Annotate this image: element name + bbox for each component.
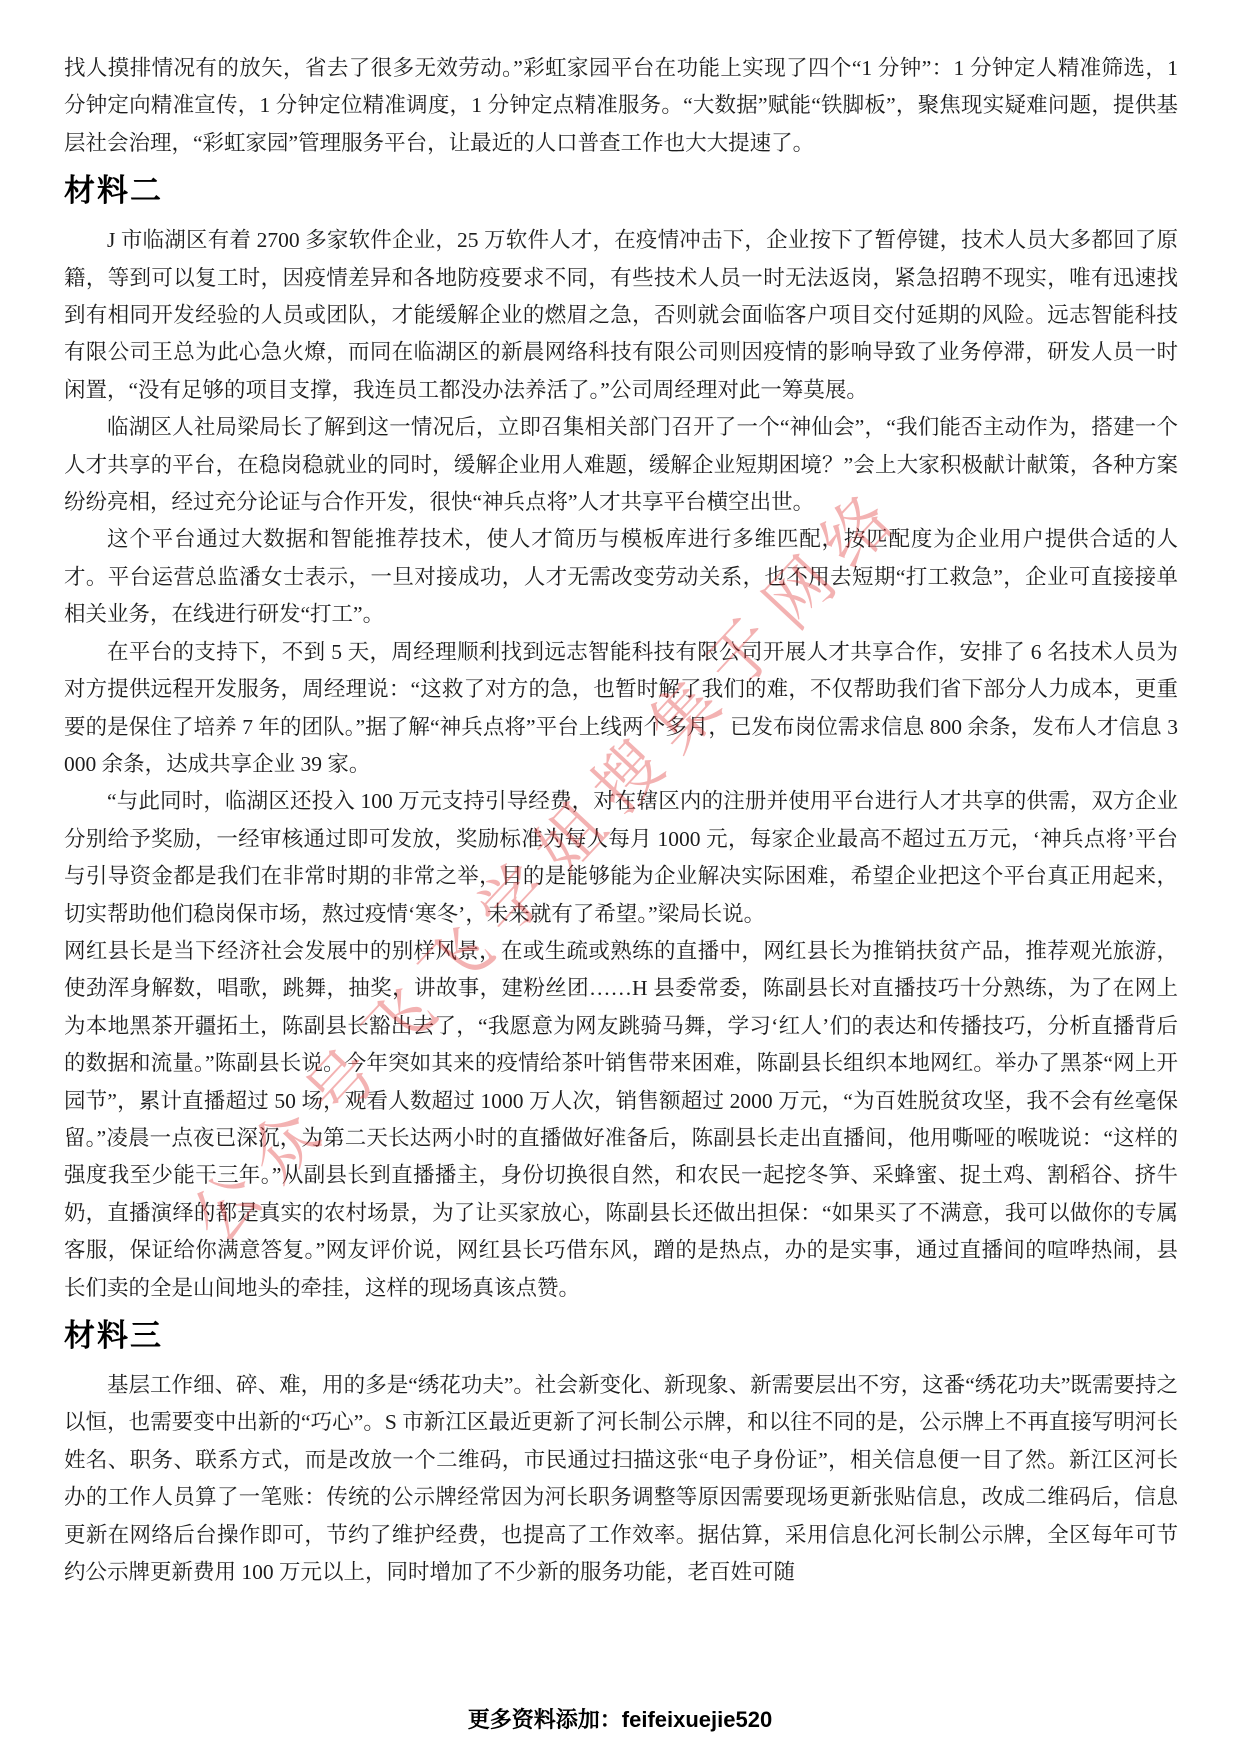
paragraph: J 市临湖区有着 2700 多家软件企业，25 万软件人才，在疫情冲击下，企业按… [64, 222, 1178, 409]
material-heading: 材料二 [64, 171, 1178, 211]
document-content: 找人摸排情况有的放矢，省去了很多无效劳动。”彩虹家园平台在功能上实现了四个“1 … [64, 50, 1178, 1591]
paragraph: “与此同时，临湖区还投入 100 万元支持引导经费，对在辖区内的注册并使用平台进… [64, 783, 1178, 933]
paragraph: 网红县长是当下经济社会发展中的别样风景，在或生疏或熟练的直播中，网红县长为推销扶… [64, 933, 1178, 1307]
footer: 更多资料添加：feifeixuejie520 [0, 1703, 1240, 1734]
footer-label: 更多资料添加： [468, 1707, 622, 1732]
paragraph: 这个平台通过大数据和智能推荐技术，使人才简历与模板库进行多维匹配，按匹配度为企业… [64, 521, 1178, 633]
paragraph: 基层工作细、碎、难，用的多是“绣花功夫”。社会新变化、新现象、新需要层出不穷，这… [64, 1367, 1178, 1591]
material-heading: 材料三 [64, 1316, 1178, 1356]
document-page: 公众号飞飞学姐搜集于网络 找人摸排情况有的放矢，省去了很多无效劳动。”彩虹家园平… [0, 0, 1240, 1754]
paragraph: 临湖区人社局梁局长了解到这一情况后，立即召集相关部门召开了一个“神仙会”，“我们… [64, 409, 1178, 521]
paragraph: 找人摸排情况有的放矢，省去了很多无效劳动。”彩虹家园平台在功能上实现了四个“1 … [64, 50, 1178, 162]
paragraph: 在平台的支持下，不到 5 天，周经理顺利找到远志智能科技有限公司开展人才共享合作… [64, 634, 1178, 784]
footer-contact-id: feifeixuejie520 [622, 1707, 772, 1732]
